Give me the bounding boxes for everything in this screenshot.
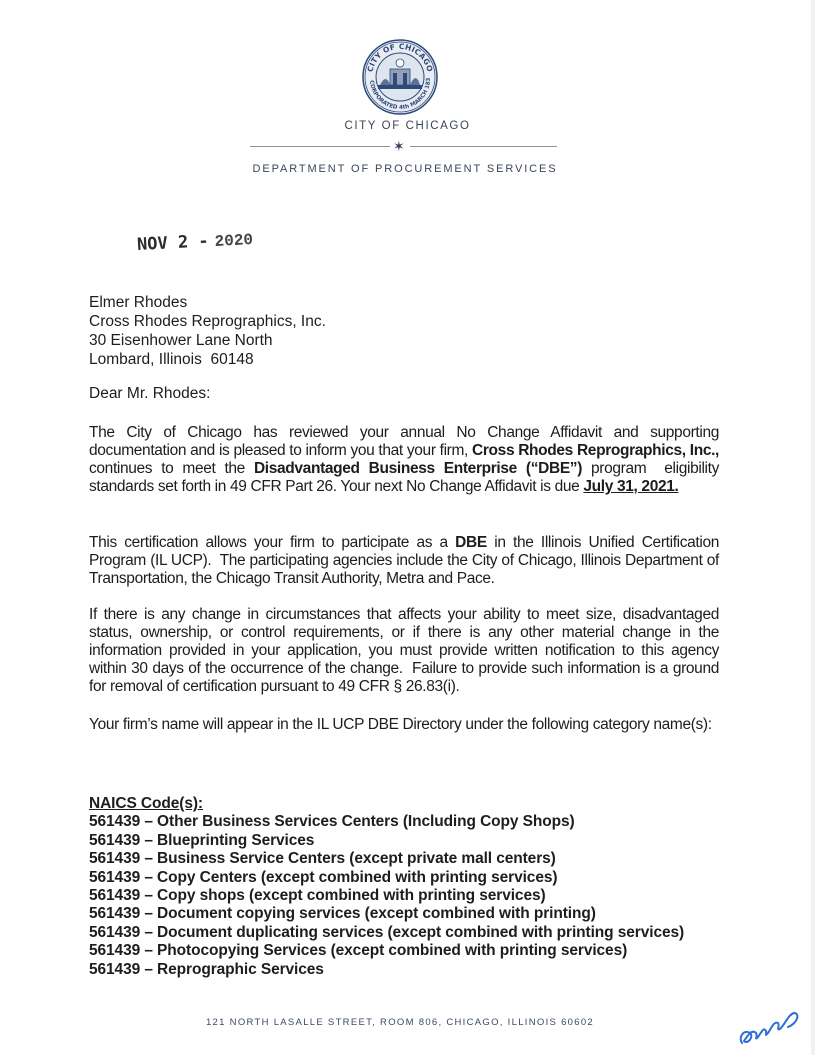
city-name: CITY OF CHICAGO <box>0 120 815 132</box>
footer-address: 121 NORTH LASALLE STREET, ROOM 806, CHIC… <box>0 1017 800 1028</box>
recipient-city-state-zip: Lombard, Illinois 60148 <box>89 350 719 369</box>
naics-code-item: 561439 – Copy shops (except combined wit… <box>89 887 684 905</box>
naics-code-item: 561439 – Document duplicating services (… <box>89 924 684 942</box>
paragraph-change-notification: If there is any change in circumstances … <box>89 606 719 696</box>
letterhead-divider-right <box>410 146 557 147</box>
naics-code-item: 561439 – Blueprinting Services <box>89 832 684 850</box>
department-name: DEPARTMENT OF PROCUREMENT SERVICES <box>0 163 810 175</box>
paragraph-directory: Your firm’s name will appear in the IL U… <box>89 716 719 734</box>
recipient-name: Elmer Rhodes <box>89 293 719 312</box>
date-stamp-month-day: NOV 2 - <box>137 231 210 255</box>
naics-code-item: 561439 – Other Business Services Centers… <box>89 813 684 831</box>
dbe-bold: DBE <box>455 534 487 551</box>
naics-code-item: 561439 – Document copying services (exce… <box>89 905 684 923</box>
paragraph-certification-review: The City of Chicago has reviewed your an… <box>89 424 719 496</box>
naics-code-item: 561439 – Reprographic Services <box>89 961 684 979</box>
date-stamp-year: 2020 <box>214 231 253 251</box>
paragraph-participation: This certification allows your firm to p… <box>89 534 719 588</box>
naics-code-item: 561439 – Photocopying Services (except c… <box>89 942 684 960</box>
p1-text-2: continues to meet the <box>89 460 254 477</box>
p3-text: If there is any change in circumstances … <box>89 606 723 695</box>
letterhead-divider-left <box>250 146 390 147</box>
naics-code-item: 561439 – Copy Centers (except combined w… <box>89 869 684 887</box>
date-stamp: NOV 2 -2020 <box>137 229 254 255</box>
recipient-address: Elmer Rhodes Cross Rhodes Reprographics,… <box>89 293 719 369</box>
affidavit-due-date: July 31, 2021. <box>583 478 678 495</box>
naics-heading: NAICS Code(s): <box>89 795 684 813</box>
naics-code-item: 561439 – Business Service Centers (excep… <box>89 850 684 868</box>
recipient-company: Cross Rhodes Reprographics, Inc. <box>89 312 719 331</box>
p2-text-1: This certification allows your firm to p… <box>89 534 455 551</box>
dbe-program-bold: Disadvantaged Business Enterprise (“DBE”… <box>254 460 582 477</box>
p4-text: Your firm’s name will appear in the IL U… <box>89 716 712 733</box>
naics-code-list: NAICS Code(s): 561439 – Other Business S… <box>89 795 684 979</box>
salutation: Dear Mr. Rhodes: <box>89 385 719 403</box>
handwritten-initials-icon <box>736 1003 802 1049</box>
page-edge-shadow <box>811 0 815 1055</box>
recipient-street: 30 Eisenhower Lane North <box>89 331 719 350</box>
six-point-star-icon: ✶ <box>393 138 405 154</box>
city-of-chicago-seal-icon: CITY OF CHICAGO INCORPORATED 4th MARCH 1… <box>362 39 438 115</box>
firm-name-bold: Cross Rhodes Reprographics, Inc., <box>472 442 719 459</box>
